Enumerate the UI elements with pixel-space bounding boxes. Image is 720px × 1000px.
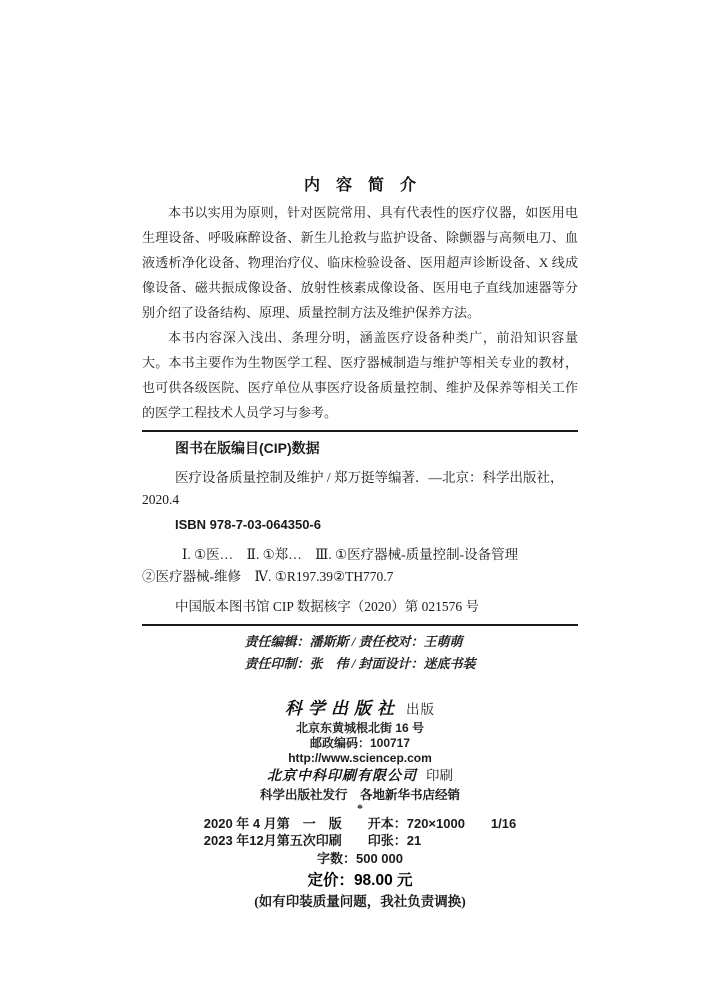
publisher-line: 科学出版社 出版: [142, 698, 578, 721]
publisher-logo: 科学出版社: [285, 699, 400, 718]
publisher-postcode: 邮政编码：100717: [142, 736, 578, 751]
intro-paragraph-1: 本书以实用为原则，针对医院常用、具有代表性的医疗仪器，如医用电生理设备、呼吸麻醉…: [142, 200, 578, 325]
cip-title-line: 医疗设备质量控制及维护 / 郑万挺等编著．—北京：科学出版社，: [142, 467, 578, 489]
price: 定价：98.00 元: [142, 870, 578, 892]
divider-bottom: [142, 624, 578, 626]
printer-suffix: 印刷: [426, 768, 453, 783]
edition-inner: 2020 年 4 月第 一 版 开本：720×1000 1/16 2023 年1…: [204, 815, 517, 849]
publisher-suffix: 出版: [406, 702, 435, 717]
cip-isbn: ISBN 978-7-03-064350-6: [142, 514, 578, 536]
asterisk-separator: *: [142, 804, 578, 813]
intro-paragraph-2: 本书内容深入浅出、条理分明，涵盖医疗设备种类广，前沿知识容量大。本书主要作为生物…: [142, 325, 578, 425]
page-content: 内 容 简 介 本书以实用为原则，针对医院常用、具有代表性的医疗仪器，如医用电生…: [142, 0, 578, 911]
cip-heading: 图书在版编目(CIP)数据: [142, 438, 578, 458]
staff-credits: 责任编辑：潘斯斯 / 责任校对：王萌萌 责任印制：张 伟 / 封面设计：迷底书装: [142, 631, 578, 675]
publisher-website: http://www.sciencep.com: [142, 751, 578, 766]
cip-classification-line-2: ②医疗器械-维修 Ⅳ. ①R197.39②TH770.7: [142, 566, 578, 588]
cip-record-number: 中国版本图书馆 CIP 数据核字（2020）第 021576 号: [142, 596, 578, 618]
divider-top: [142, 430, 578, 432]
edition-block: 2020 年 4 月第 一 版 开本：720×1000 1/16 2023 年1…: [142, 815, 578, 850]
word-count: 字数：500 000: [142, 850, 578, 867]
credit-editor-line: 责任编辑：潘斯斯 / 责任校对：王萌萌: [244, 631, 475, 653]
credit-printing-line: 责任印制：张 伟 / 封面设计：迷底书装: [244, 653, 475, 675]
edition-line-2: 2023 年12月第五次印刷 印张：21: [204, 832, 517, 849]
cip-year-line: 2020.4: [142, 489, 578, 511]
publisher-address: 北京东黄城根北街 16 号: [142, 721, 578, 736]
cip-block: 图书在版编目(CIP)数据 医疗设备质量控制及维护 / 郑万挺等编著．—北京：科…: [142, 438, 578, 618]
colophon-block: 科学出版社 出版 北京东黄城根北街 16 号 邮政编码：100717 http:…: [142, 698, 578, 911]
printer-line: 北京中科印刷有限公司 印刷: [142, 766, 578, 787]
edition-line-1: 2020 年 4 月第 一 版 开本：720×1000 1/16: [204, 815, 517, 832]
staff-credits-inner: 责任编辑：潘斯斯 / 责任校对：王萌萌 责任印制：张 伟 / 封面设计：迷底书装: [244, 631, 475, 675]
page-title: 内 容 简 介: [142, 176, 578, 196]
book-copyright-page: 内 容 简 介 本书以实用为原则，针对医院常用、具有代表性的医疗仪器，如医用电生…: [0, 0, 720, 1000]
quality-note: (如有印装质量问题，我社负责调换): [142, 892, 578, 911]
printer-name: 北京中科印刷有限公司: [267, 769, 417, 784]
cip-classification-line-1: Ⅰ. ①医… Ⅱ. ①郑… Ⅲ. ①医疗器械-质量控制-设备管理: [142, 544, 578, 566]
